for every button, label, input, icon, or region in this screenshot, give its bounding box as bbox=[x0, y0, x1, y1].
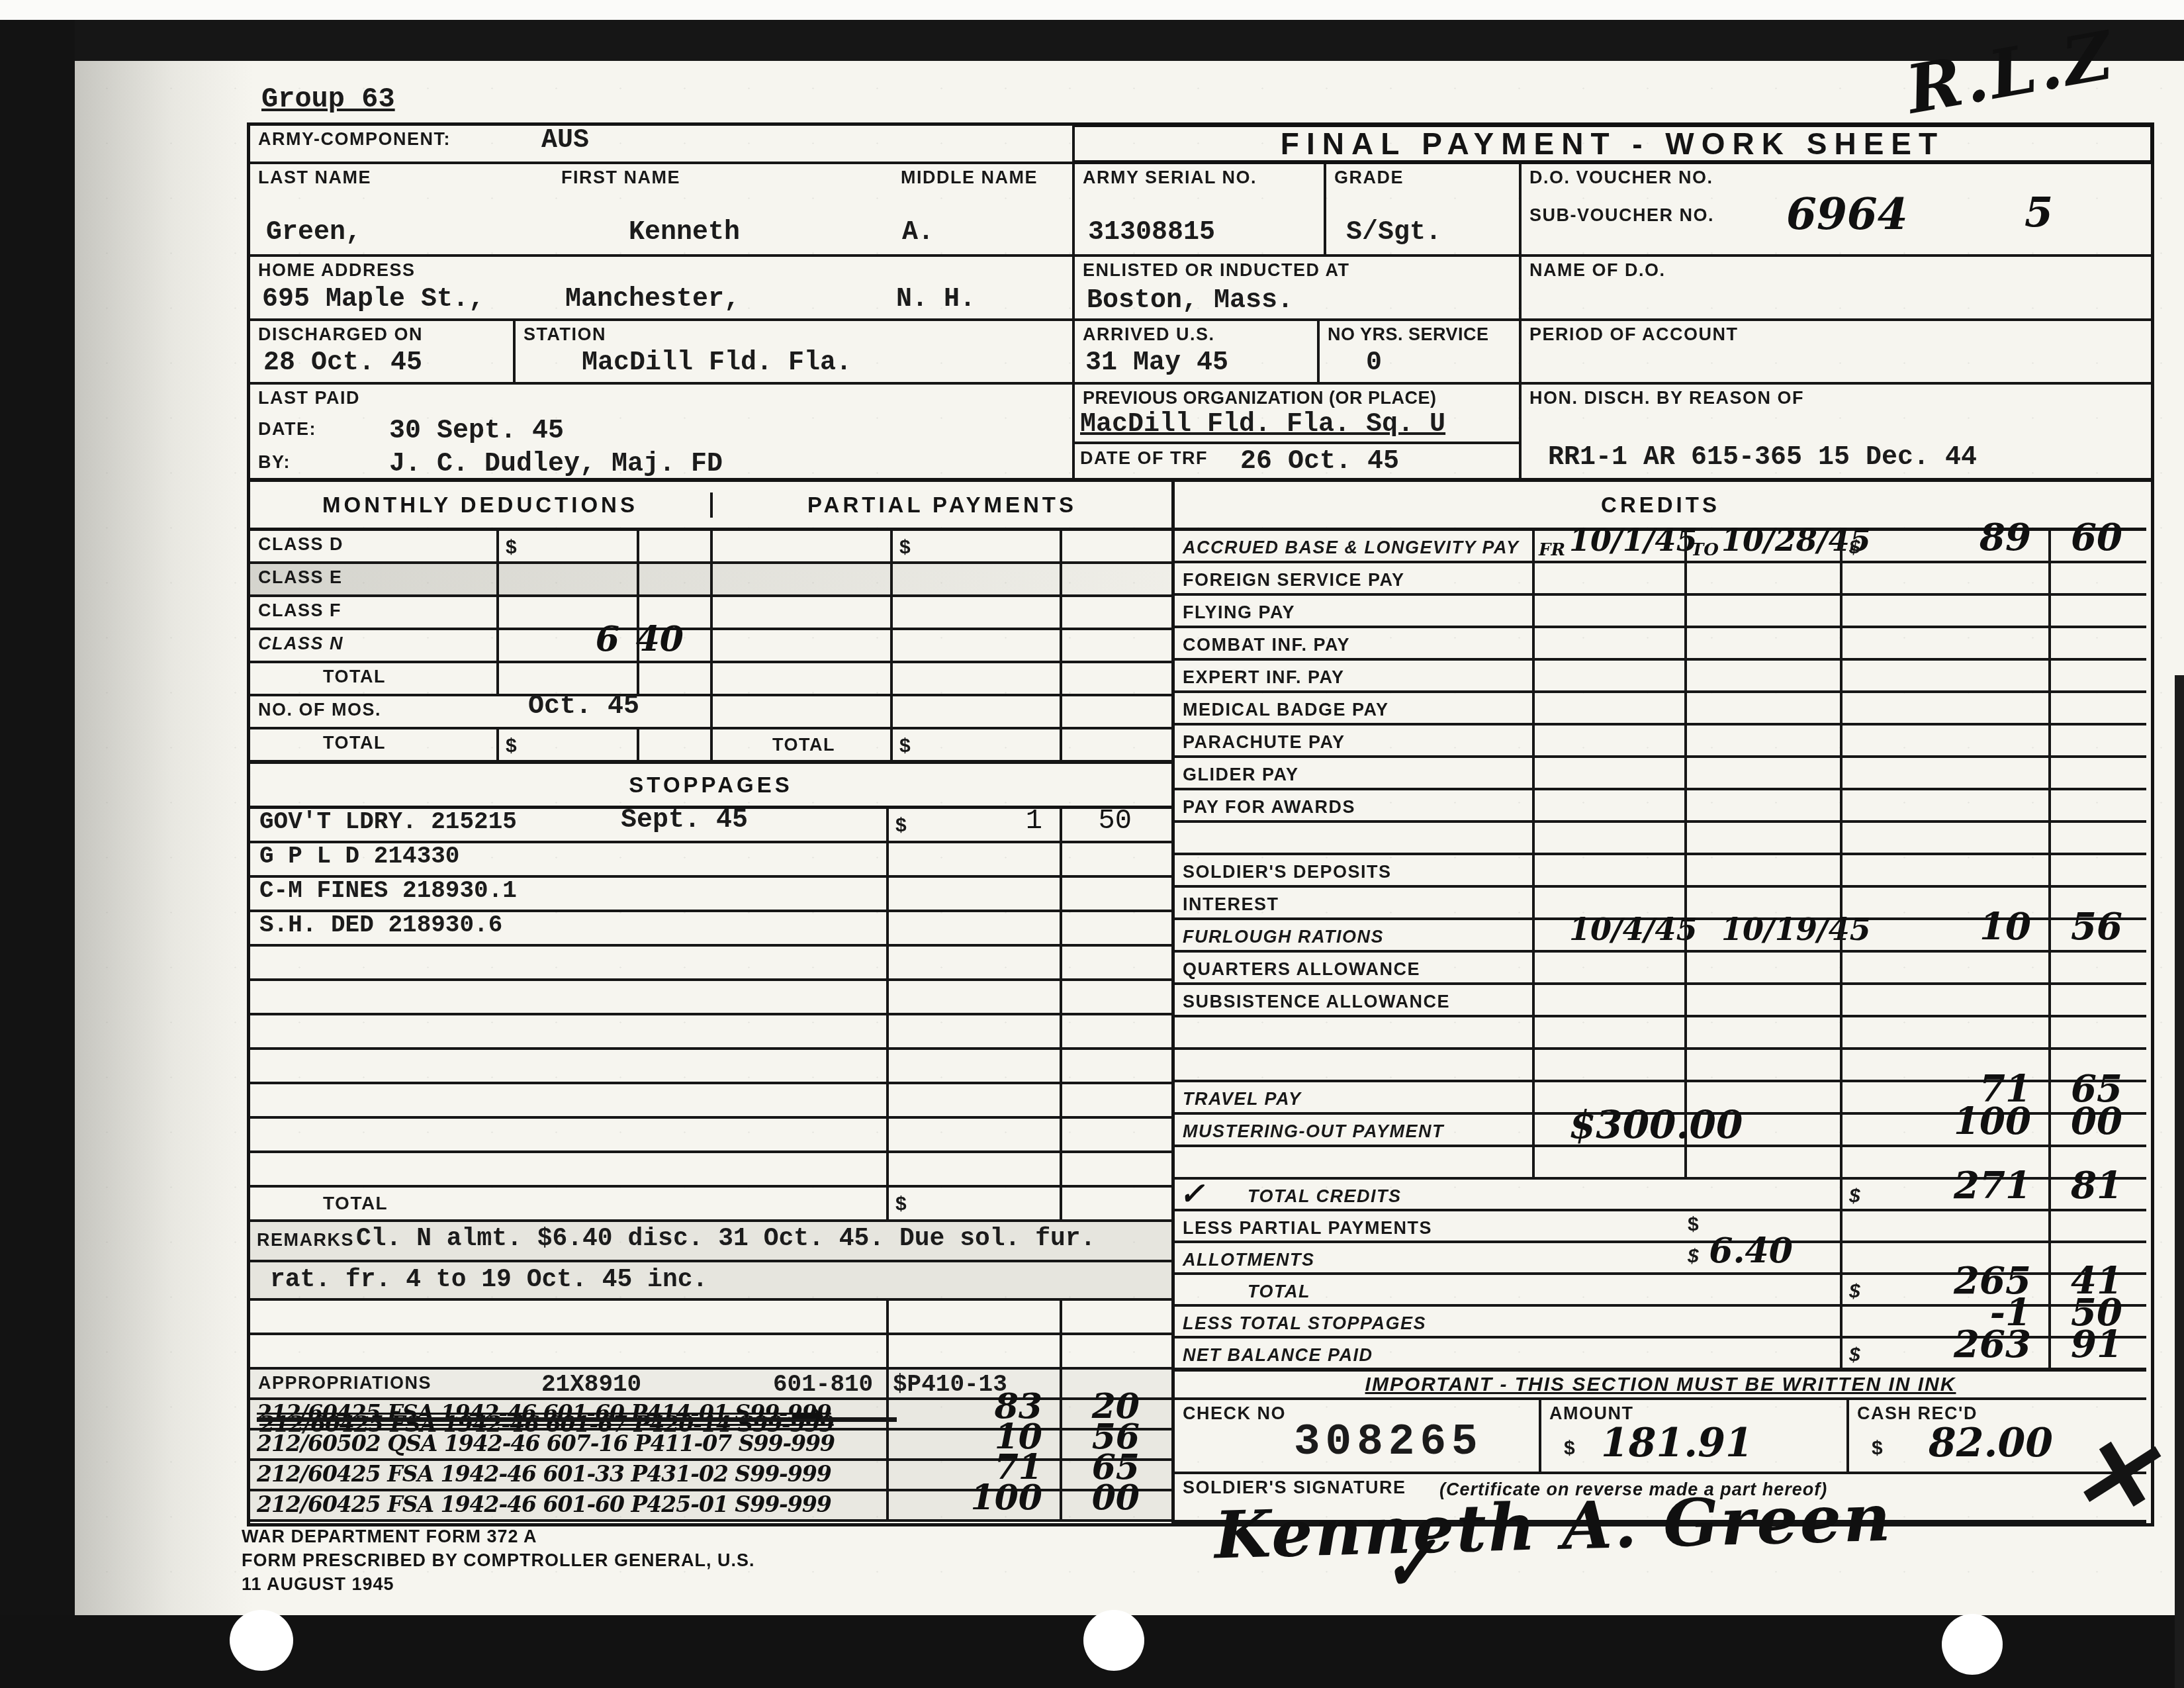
credit-row: SUBSISTENCE ALLOWANCE bbox=[1175, 985, 2146, 1017]
credit-label-cell: COMBAT INF. PAY bbox=[1175, 628, 1532, 658]
last-name-label: LAST NAME bbox=[258, 167, 371, 188]
summary-cents: 81 bbox=[2071, 1164, 2122, 1207]
credit-label-cell: MUSTERING-OUT PAYMENT bbox=[1175, 1115, 1532, 1145]
cash-recd-value: 82.00 bbox=[1929, 1420, 2053, 1466]
stoppage-label-cell bbox=[250, 1153, 886, 1185]
appropriation-code: 212/60425 FSA 1942-46 601-33 P431-02 S99… bbox=[257, 1462, 893, 1486]
stoppage-label: G P L D 214330 bbox=[259, 843, 459, 870]
last-paid-by-value: J. C. Dudley, Maj. FD bbox=[389, 449, 723, 479]
credit-date1-cell: 10/4/45 bbox=[1532, 920, 1684, 950]
partial-cents-cell bbox=[1060, 597, 1171, 628]
important-note: IMPORTANT - THIS SECTION MUST BE WRITTEN… bbox=[1365, 1374, 1956, 1396]
stoppage-label-cell bbox=[250, 947, 886, 978]
deduction-cents: 40 bbox=[636, 619, 684, 659]
grade-value: S/Sgt. bbox=[1346, 218, 1441, 248]
partial-dollars-cell: $ bbox=[890, 531, 1060, 561]
check-no-value: 308265 bbox=[1294, 1417, 1483, 1467]
home-address-label: HOME ADDRESS bbox=[258, 260, 416, 281]
credit-date1-cell bbox=[1532, 1147, 1684, 1177]
deduction-dollars-cell bbox=[496, 564, 637, 594]
credit-date2-cell bbox=[1684, 1147, 1840, 1177]
credit-dollars-cell bbox=[1840, 953, 2048, 982]
deduction-row: CLASS D $ bbox=[250, 531, 1171, 564]
partial-label-cell bbox=[710, 564, 890, 594]
army-component-cell: ARMY-COMPONENT: AUS bbox=[250, 126, 1072, 162]
amount-cell: AMOUNT $ 181.91 bbox=[1539, 1400, 1846, 1472]
important-row: IMPORTANT - THIS SECTION MUST BE WRITTEN… bbox=[1175, 1370, 2146, 1400]
summary-label-cell: TOTAL CREDITS bbox=[1175, 1180, 1840, 1209]
credit-label-cell bbox=[1175, 1017, 1532, 1047]
partial-label-cell: TOTAL bbox=[710, 729, 890, 760]
remarks-label: REMARKS bbox=[257, 1230, 354, 1250]
summary-mid-value: 6.40 bbox=[1709, 1231, 1793, 1271]
credit-label: TRAVEL PAY bbox=[1183, 1089, 1302, 1109]
partial-dollars-cell bbox=[890, 696, 1060, 727]
deduction-label: TOTAL bbox=[323, 733, 386, 753]
check-no-label: CHECK NO bbox=[1183, 1403, 1286, 1424]
credit-label: SUBSISTENCE ALLOWANCE bbox=[1183, 992, 1450, 1012]
summary-label: LESS PARTIAL PAYMENTS bbox=[1183, 1218, 1432, 1239]
enlisted-label: ENLISTED OR INDUCTED AT bbox=[1083, 260, 1350, 281]
credit-label: MUSTERING-OUT PAYMENT bbox=[1183, 1121, 1444, 1142]
credit-row: SOLDIER'S DEPOSITS bbox=[1175, 855, 2146, 888]
middle-name-value: A. bbox=[902, 218, 934, 248]
remarks-row: REMARKS Cl. N almt. $6.40 disc. 31 Oct. … bbox=[250, 1222, 1171, 1301]
stoppage-label-cell: GOV'T LDRY. 215215 Sept. 45 bbox=[250, 809, 886, 841]
deduction-cents-cell bbox=[637, 696, 710, 727]
partial-cents-cell bbox=[1060, 696, 1171, 727]
deduction-label-cell: CLASS D bbox=[250, 531, 496, 561]
stoppages-table: GOV'T LDRY. 215215 Sept. 45 $ 1 50 bbox=[250, 809, 1171, 1222]
partial-label-cell bbox=[710, 597, 890, 628]
summary-label: NET BALANCE PAID bbox=[1183, 1345, 1373, 1366]
deduction-label-cell: TOTAL bbox=[250, 729, 496, 760]
credit-date1-cell: FR 10/1/45 bbox=[1532, 531, 1684, 561]
credit-label-cell: QUARTERS ALLOWANCE bbox=[1175, 953, 1532, 982]
partial-dollars-cell: $ bbox=[890, 729, 1060, 760]
credit-cents-cell bbox=[2048, 823, 2146, 853]
credit-date2-cell bbox=[1684, 693, 1840, 723]
credit-dollars-cell bbox=[1840, 1017, 2048, 1047]
stoppage-label: GOV'T LDRY. 215215 bbox=[259, 808, 517, 835]
discharged-row: DISCHARGED ON 28 Oct. 45 STATION MacDill… bbox=[250, 321, 2151, 385]
handwritten-x-mark: ✕ bbox=[2066, 1413, 2160, 1537]
deduction-label: CLASS D bbox=[258, 534, 343, 555]
deduction-label-cell: CLASS N bbox=[250, 630, 496, 661]
army-component-label: ARMY-COMPONENT: bbox=[258, 129, 451, 150]
remarks-line1: Cl. N almt. $6.40 disc. 31 Oct. 45. Due … bbox=[356, 1225, 1095, 1253]
remarks-cell: REMARKS Cl. N almt. $6.40 disc. 31 Oct. … bbox=[250, 1222, 1171, 1298]
credit-summary-row: LESS PARTIAL PAYMENTS $ bbox=[1175, 1211, 2146, 1243]
credit-row: PAY FOR AWARDS bbox=[1175, 790, 2146, 823]
credit-label: SOLDIER'S DEPOSITS bbox=[1183, 862, 1391, 882]
hole-punch bbox=[1083, 1610, 1144, 1671]
credit-cents-cell bbox=[2048, 693, 2146, 723]
stoppage-label-cell: G P L D 214330 bbox=[250, 843, 886, 875]
deduction-row: CLASS N 6 40 bbox=[250, 630, 1171, 663]
partial-cents-cell bbox=[1060, 729, 1171, 760]
form-prescribed-by: FORM PRESCRIBED BY COMPTROLLER GENERAL, … bbox=[242, 1550, 755, 1571]
credit-label-cell: PARACHUTE PAY bbox=[1175, 726, 1532, 755]
stoppage-cents-cell bbox=[1060, 947, 1171, 978]
stoppage-dollars-cell bbox=[886, 912, 1060, 944]
partial-cents-cell bbox=[1060, 531, 1171, 561]
credit-date2-cell bbox=[1684, 726, 1840, 755]
yrs-service-label: NO YRS. SERVICE bbox=[1328, 324, 1489, 345]
appropriations-label: APPROPRIATIONS bbox=[258, 1373, 432, 1393]
deduction-label-cell: CLASS E bbox=[250, 564, 496, 594]
stoppage-dollars-cell bbox=[886, 1050, 1060, 1082]
credit-label: FOREIGN SERVICE PAY bbox=[1183, 570, 1405, 590]
form-number: WAR DEPARTMENT FORM 372 A bbox=[242, 1526, 537, 1547]
partial-cents-cell bbox=[1060, 564, 1171, 594]
credit-date2-cell: TO 10/28/45 bbox=[1684, 531, 1840, 561]
deduction-dollars-cell bbox=[496, 696, 637, 727]
deduction-row: TOTAL $ TOTAL bbox=[250, 729, 1171, 763]
form-date: 11 AUGUST 1945 bbox=[242, 1574, 394, 1595]
sub-voucher-page: 5 bbox=[2025, 188, 2053, 236]
credit-label: MEDICAL BADGE PAY bbox=[1183, 700, 1389, 720]
stoppage-row bbox=[250, 1050, 1171, 1084]
scan-border-right bbox=[2175, 675, 2184, 1688]
stoppage-cents-cell: ✓ bbox=[1060, 1188, 1171, 1219]
stoppage-row: GOV'T LDRY. 215215 Sept. 45 $ 1 50 bbox=[250, 809, 1171, 843]
stoppage-cents: 50 bbox=[1099, 805, 1132, 837]
summary-dollars-cell: $ 263 bbox=[1840, 1338, 2048, 1368]
credit-label-cell: TRAVEL PAY bbox=[1175, 1082, 1532, 1112]
credit-row: MUSTERING-OUT PAYMENT $300.00 100 bbox=[1175, 1115, 2146, 1147]
deduction-label: CLASS F bbox=[258, 600, 341, 621]
summary-label: TOTAL bbox=[1248, 1282, 1310, 1302]
credits-table: ACCRUED BASE & LONGEVITY PAY FR 10/1/45 … bbox=[1175, 531, 2146, 1180]
stoppage-dollars-cell bbox=[886, 843, 1060, 875]
check-no-cell: CHECK NO 308265 bbox=[1175, 1400, 1539, 1472]
credit-date2-cell bbox=[1684, 563, 1840, 593]
stoppage-cents-cell bbox=[1060, 1119, 1171, 1150]
discharged-value: 28 Oct. 45 bbox=[263, 348, 422, 378]
summary-cents-cell bbox=[2048, 1211, 2146, 1241]
credit-cents-cell bbox=[2048, 661, 2146, 690]
partial-dollars-cell bbox=[890, 597, 1060, 628]
credit-date-from: $300.00 bbox=[1569, 1102, 1743, 1147]
deduction-cents-cell: 40 bbox=[637, 630, 710, 661]
credit-date1-cell bbox=[1532, 628, 1684, 658]
credit-label-cell: MEDICAL BADGE PAY bbox=[1175, 693, 1532, 723]
deduction-cents-cell bbox=[637, 663, 710, 694]
credit-date-from: 10/1/45 bbox=[1569, 522, 1698, 558]
arrived-value: 31 May 45 bbox=[1085, 348, 1228, 378]
stoppage-cents-cell bbox=[1060, 878, 1171, 910]
summary-dollars-cell bbox=[1840, 1211, 2048, 1241]
enlisted-cell: ENLISTED OR INDUCTED AT Boston, Mass. bbox=[1072, 257, 1519, 318]
credit-date1-cell bbox=[1532, 758, 1684, 788]
stoppage-row bbox=[250, 1153, 1171, 1188]
period-label: PERIOD OF ACCOUNT bbox=[1529, 324, 1739, 345]
form-body: MONTHLY DEDUCTIONS PARTIAL PAYMENTS CLAS… bbox=[250, 482, 2151, 1523]
credit-label-cell bbox=[1175, 1050, 1532, 1080]
credits-summary-table: TOTAL CREDITS $ 271 81 bbox=[1175, 1180, 2146, 1370]
divider bbox=[250, 1260, 1171, 1262]
credit-label: EXPERT INF. PAY bbox=[1183, 667, 1345, 688]
credit-label-cell: SUBSISTENCE ALLOWANCE bbox=[1175, 985, 1532, 1015]
discharged-label: DISCHARGED ON bbox=[258, 324, 423, 345]
date-trf-value: 26 Oct. 45 bbox=[1240, 447, 1399, 477]
amount-value: 181.91 bbox=[1601, 1420, 1753, 1466]
stoppage-label-cell bbox=[250, 1084, 886, 1116]
prev-org-cell: PREVIOUS ORGANIZATION (OR PLACE) MacDill… bbox=[1072, 385, 1519, 478]
address-city: Manchester, bbox=[565, 285, 740, 314]
hon-disch-cell: HON. DISCH. BY REASON OF RR1-1 AR 615-36… bbox=[1519, 385, 2151, 478]
deductions-table: CLASS D $ bbox=[250, 531, 1171, 763]
deduction-row: NO. OF MOS. Oct. 45 bbox=[250, 696, 1171, 729]
stoppage-row: C-M FINES 218930.1 bbox=[250, 878, 1171, 912]
summary-dollars-cell: $ 271 bbox=[1840, 1180, 2048, 1209]
credit-row: PARACHUTE PAY bbox=[1175, 726, 2146, 758]
summary-label: ALLOTMENTS bbox=[1183, 1250, 1314, 1270]
last-paid-date-label: DATE: bbox=[258, 419, 316, 440]
stoppage-dollars-cell: $ 1 bbox=[886, 809, 1060, 841]
summary-label-cell: ALLOTMENTS $ 6.40 bbox=[1175, 1243, 1840, 1272]
credit-label: COMBAT INF. PAY bbox=[1183, 635, 1350, 655]
credit-date1-cell bbox=[1532, 985, 1684, 1015]
credit-date2-cell bbox=[1684, 953, 1840, 982]
credit-date2-cell bbox=[1684, 1050, 1840, 1080]
credit-label: PAY FOR AWARDS bbox=[1183, 797, 1355, 818]
date-trf-label: DATE OF TRF bbox=[1080, 448, 1208, 469]
credit-date1-cell bbox=[1532, 790, 1684, 820]
credit-date1-cell bbox=[1532, 563, 1684, 593]
credit-row: FURLOUGH RATIONS 10/4/45 10/19/45 1 bbox=[1175, 920, 2146, 953]
stoppage-label-cell bbox=[250, 1119, 886, 1150]
stoppage-label: C-M FINES 218930.1 bbox=[259, 877, 517, 904]
appropriation-dollars-cell: 100 bbox=[886, 1491, 1060, 1519]
credit-cents: 60 bbox=[2071, 516, 2122, 559]
partial-dollars-cell bbox=[890, 663, 1060, 694]
partial-label-cell bbox=[710, 531, 890, 561]
credit-cents-cell bbox=[2048, 855, 2146, 885]
address-row: HOME ADDRESS 695 Maple St., Manchester, … bbox=[250, 257, 2151, 321]
monthly-deductions-header: MONTHLY DEDUCTIONS bbox=[250, 492, 710, 518]
credit-row: EXPERT INF. PAY bbox=[1175, 661, 2146, 693]
sub-voucher-label: SUB-VOUCHER NO. bbox=[1529, 205, 1714, 226]
period-cell: PERIOD OF ACCOUNT bbox=[1519, 321, 2151, 382]
divider bbox=[1075, 442, 1519, 444]
credit-cents-cell bbox=[2048, 985, 2146, 1015]
credit-label-cell: EXPERT INF. PAY bbox=[1175, 661, 1532, 690]
deduction-dollars-cell bbox=[496, 663, 637, 694]
appropriations-table: 212/60425 FSA 1942-46 601-60 P414-01 S99… bbox=[250, 1400, 1171, 1522]
credit-cents-cell bbox=[2048, 596, 2146, 626]
handwritten-arrow: → bbox=[790, 1391, 825, 1440]
station-cell: STATION MacDill Fld. Fla. bbox=[513, 321, 1072, 382]
credit-label: PARACHUTE PAY bbox=[1183, 732, 1345, 753]
stoppage-label-cell: C-M FINES 218930.1 bbox=[250, 878, 886, 910]
summary-dollars: 263 bbox=[1954, 1323, 2031, 1366]
stoppage-row: G P L D 214330 bbox=[250, 843, 1171, 878]
arrived-cell: ARRIVED U.S. 31 May 45 bbox=[1072, 321, 1317, 382]
credit-date2-cell bbox=[1684, 1017, 1840, 1047]
blank-row bbox=[250, 1335, 1171, 1370]
prev-org-label: PREVIOUS ORGANIZATION (OR PLACE) bbox=[1083, 388, 1437, 408]
summary-label: TOTAL CREDITS bbox=[1248, 1186, 1402, 1207]
deduction-dollars-cell: $ bbox=[496, 729, 637, 760]
deduction-label-cell: TOTAL bbox=[250, 663, 496, 694]
yrs-service-value: 0 bbox=[1366, 348, 1382, 378]
credit-dollars-cell bbox=[1840, 693, 2048, 723]
address-state: N. H. bbox=[896, 285, 976, 314]
hon-disch-label: HON. DISCH. BY REASON OF bbox=[1529, 388, 1804, 408]
credit-date1-cell bbox=[1532, 661, 1684, 690]
army-component-value: AUS bbox=[541, 126, 589, 156]
credit-row: GLIDER PAY bbox=[1175, 758, 2146, 790]
name-cell: LAST NAME FIRST NAME MIDDLE NAME Green, … bbox=[250, 164, 1072, 254]
credit-dollars-cell bbox=[1840, 758, 2048, 788]
last-paid-label: LAST PAID bbox=[258, 388, 360, 408]
name-row: LAST NAME FIRST NAME MIDDLE NAME Green, … bbox=[250, 164, 2151, 257]
credit-dollars-cell: 10 bbox=[1840, 920, 2048, 950]
summary-label-cell: NET BALANCE PAID bbox=[1175, 1338, 1840, 1368]
stoppage-row bbox=[250, 1084, 1171, 1119]
stoppage-label-cell bbox=[250, 1015, 886, 1047]
credit-date1-cell bbox=[1532, 726, 1684, 755]
stoppage-label-cell bbox=[250, 1050, 886, 1082]
credit-cents-cell bbox=[2048, 953, 2146, 982]
last-paid-row: LAST PAID DATE: 30 Sept. 45 BY: J. C. Du… bbox=[250, 385, 2151, 482]
summary-cents-cell: 91 bbox=[2048, 1338, 2146, 1368]
credit-row: FOREIGN SERVICE PAY bbox=[1175, 563, 2146, 596]
voucher-cell: D.O. VOUCHER NO. SUB-VOUCHER NO. 6964 5 bbox=[1519, 164, 2151, 254]
stoppage-dollars-cell bbox=[886, 1119, 1060, 1150]
credit-dollars-cell bbox=[1840, 855, 2048, 885]
credit-dollars-cell bbox=[1840, 823, 2048, 853]
deduction-row: CLASS E bbox=[250, 564, 1171, 597]
credit-label-cell: FOREIGN SERVICE PAY bbox=[1175, 563, 1532, 593]
credit-label-cell bbox=[1175, 1147, 1532, 1177]
stoppage-row bbox=[250, 1119, 1171, 1153]
credit-row bbox=[1175, 1017, 2146, 1050]
scan-border-top bbox=[0, 20, 2184, 61]
check-row: CHECK NO 308265 AMOUNT $ 181.91 CASH REC… bbox=[1175, 1400, 2146, 1474]
deduction-label: CLASS E bbox=[258, 567, 343, 588]
partial-total-label: TOTAL bbox=[772, 735, 835, 755]
credit-label: GLIDER PAY bbox=[1183, 765, 1299, 785]
credit-dollars-cell bbox=[1840, 726, 2048, 755]
stoppage-dollars-cell bbox=[886, 878, 1060, 910]
credit-label-cell: PAY FOR AWARDS bbox=[1175, 790, 1532, 820]
serial-cell: ARMY SERIAL NO. 31308815 bbox=[1072, 164, 1324, 254]
right-column: CREDITS ACCRUED BASE & LONGEVITY PAY FR … bbox=[1171, 482, 2146, 1523]
deduction-cents-cell bbox=[637, 564, 710, 594]
stoppage-date: Sept. 45 bbox=[621, 806, 748, 835]
partial-label-cell bbox=[710, 696, 890, 727]
serial-value: 31308815 bbox=[1088, 218, 1215, 248]
credit-date2-cell: 10/19/45 bbox=[1684, 920, 1840, 950]
stoppage-cents-cell bbox=[1060, 912, 1171, 944]
station-label: STATION bbox=[523, 324, 606, 345]
partial-payments-header: PARTIAL PAYMENTS bbox=[710, 492, 1171, 518]
credit-label-cell: GLIDER PAY bbox=[1175, 758, 1532, 788]
signature-cell: SOLDIER'S SIGNATURE (Certificate on reve… bbox=[1175, 1474, 2146, 1520]
deduction-row: CLASS F bbox=[250, 597, 1171, 630]
blank-row bbox=[250, 1301, 1171, 1335]
deduction-dollars: 6 bbox=[596, 619, 619, 659]
credit-date-from: 10/4/45 bbox=[1569, 912, 1698, 947]
credit-label: QUARTERS ALLOWANCE bbox=[1183, 959, 1420, 980]
form-title: FINAL PAYMENT - WORK SHEET bbox=[1281, 126, 1944, 162]
deduction-label-cell: CLASS F bbox=[250, 597, 496, 628]
stoppage-cents-cell bbox=[1060, 1153, 1171, 1185]
appropriation-cents: 00 bbox=[1092, 1477, 1140, 1518]
credit-label-cell: INTEREST bbox=[1175, 888, 1532, 917]
hole-punch bbox=[230, 1610, 293, 1671]
remarks-line2: rat. fr. 4 to 19 Oct. 45 inc. bbox=[270, 1266, 707, 1294]
stoppage-row: TOTAL $ ✓ bbox=[250, 1188, 1171, 1222]
name-do-label: NAME OF D.O. bbox=[1529, 260, 1666, 281]
credit-row: COMBAT INF. PAY bbox=[1175, 628, 2146, 661]
deduction-label: TOTAL bbox=[323, 667, 386, 687]
stoppage-label: S.H. DED 218930.6 bbox=[259, 912, 502, 939]
credit-dollars-cell: $ 89 bbox=[1840, 531, 2048, 561]
credit-date1-cell bbox=[1532, 823, 1684, 853]
appropriation-row: 212/60425 FSA 1942-46 601-60 P425-01 S99… bbox=[250, 1491, 1171, 1522]
stoppage-dollars-cell bbox=[886, 1153, 1060, 1185]
final-payment-worksheet-form: ARMY-COMPONENT: AUS FINAL PAYMENT - WORK… bbox=[247, 122, 2154, 1526]
partial-label-cell bbox=[710, 663, 890, 694]
stoppage-cents-cell bbox=[1060, 1084, 1171, 1116]
deduction-label: NO. OF MOS. bbox=[258, 700, 381, 720]
last-paid-cell: LAST PAID DATE: 30 Sept. 45 BY: J. C. Du… bbox=[250, 385, 1072, 478]
stoppage-dollars-cell: $ bbox=[886, 1188, 1060, 1219]
credit-date2-cell bbox=[1684, 823, 1840, 853]
credit-date2-cell bbox=[1684, 985, 1840, 1015]
stoppage-dollars-cell bbox=[886, 1015, 1060, 1047]
credit-row: FLYING PAY bbox=[1175, 596, 2146, 628]
arrived-label: ARRIVED U.S. bbox=[1083, 324, 1215, 345]
credit-date1-cell: $300.00 bbox=[1532, 1115, 1684, 1145]
credit-cents: 00 bbox=[2071, 1100, 2122, 1143]
stoppage-dollars-cell bbox=[886, 981, 1060, 1013]
appropriation-account-3: $P410-13 bbox=[893, 1371, 1007, 1398]
scan-border-left bbox=[0, 20, 75, 1688]
scan-smudge bbox=[75, 61, 253, 1615]
grade-cell: GRADE S/Sgt. bbox=[1324, 164, 1519, 254]
credit-date2-cell bbox=[1684, 628, 1840, 658]
stoppage-row bbox=[250, 947, 1171, 981]
appropriation-cents-cell: 00 bbox=[1060, 1491, 1171, 1519]
last-name-value: Green, bbox=[266, 218, 361, 248]
do-voucher-label: D.O. VOUCHER NO. bbox=[1529, 167, 1713, 188]
summary-label-cell: TOTAL bbox=[1175, 1275, 1840, 1304]
grade-label: GRADE bbox=[1334, 167, 1404, 188]
stoppage-label-cell bbox=[250, 981, 886, 1013]
hole-punch bbox=[1942, 1614, 2003, 1675]
credit-row: ACCRUED BASE & LONGEVITY PAY FR 10/1/45 … bbox=[1175, 531, 2146, 563]
stoppage-label: TOTAL bbox=[323, 1193, 388, 1214]
credit-date1-cell bbox=[1532, 855, 1684, 885]
deduction-row: TOTAL bbox=[250, 663, 1171, 696]
partial-dollars-cell bbox=[890, 564, 1060, 594]
deduction-label-cell: NO. OF MOS. Oct. 45 bbox=[250, 696, 496, 727]
partial-dollars-cell bbox=[890, 630, 1060, 661]
last-paid-date-value: 30 Sept. 45 bbox=[389, 416, 564, 446]
deduction-dollars-cell: $ bbox=[496, 531, 637, 561]
credit-label-cell: ACCRUED BASE & LONGEVITY PAY bbox=[1175, 531, 1532, 561]
credit-date2-cell bbox=[1684, 855, 1840, 885]
credit-cents-cell: 00 bbox=[2048, 1115, 2146, 1145]
credit-label: INTEREST bbox=[1183, 894, 1279, 915]
credit-date2-cell bbox=[1684, 596, 1840, 626]
address-street: 695 Maple St., bbox=[262, 285, 484, 314]
